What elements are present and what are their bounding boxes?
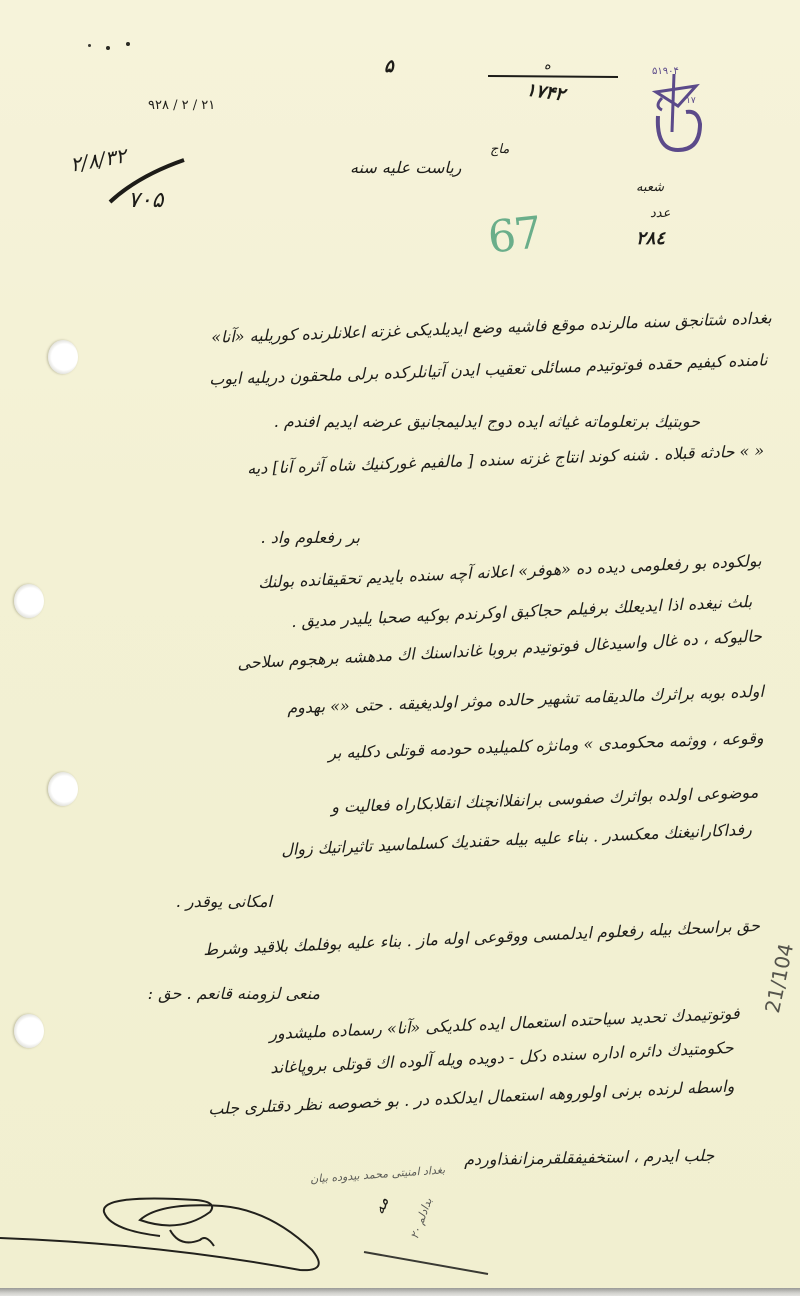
document-page: ۹۲۸ / ۲ / ۲۱ ۵ ه ۱۷۴۲ ۵۱۹۰۴ ۱۷ شعبه عدد …: [0, 0, 800, 1288]
body-line: « » حادثه قبلاه . شنه کوند انتاج غزته سن…: [247, 441, 765, 478]
ink-speck: [106, 46, 110, 50]
body-line: حکومتیدك دائره اداره سنده دکل - دویده وی…: [270, 1038, 734, 1077]
body-line: فوتوتیمدك تحدید سیاحتده استعمال ایده کلد…: [269, 1004, 740, 1044]
punch-hole: [48, 340, 78, 374]
closing-line: جلب ایدرم ، استخفیفقلقرمزانفذاوردم: [464, 1146, 715, 1169]
signature-icon: [0, 1190, 340, 1280]
registry-underline: [488, 74, 620, 80]
body-line: بولکوده بو رفعلومی دیده ده «هوفر» اعلانه…: [258, 551, 762, 592]
addressee-prefix: ماج: [490, 142, 509, 157]
annotation-number: ۷۰۵: [128, 188, 163, 213]
registry-number: ۱۷۴۲: [525, 79, 566, 105]
initials: مه: [369, 1194, 393, 1217]
addressee: ریاست علیه سنه: [350, 158, 461, 177]
body-line: رفداکارانیغنك معکسدر . بناء علیه بیله حق…: [281, 820, 752, 860]
registry-mark: ۵: [384, 56, 394, 77]
body-line: وقوعه ، ووثمه محکومدی » ومانژه کلمیلیده …: [328, 728, 764, 762]
reference-number: ۲۸٤: [636, 228, 665, 249]
body-line: حوبتیك برتعلوماته غیاثه ایده دوج ایدلیمج…: [274, 412, 700, 431]
registry-prefix: ه: [544, 58, 551, 73]
official-stamp: ۵۱۹۰۴ ۱۷: [648, 66, 704, 156]
seal-icon: [648, 66, 704, 156]
punch-hole: [48, 772, 78, 806]
initials-underline: [364, 1250, 494, 1280]
body-line: بر رفعلوم واد .: [261, 528, 360, 547]
pencil-note: بغداد امنیتی محمد بیدوده بیان: [310, 1163, 446, 1185]
reference-number-label: عدد: [650, 206, 670, 221]
punch-hole: [14, 1014, 44, 1048]
body-line: بغداده شتانجق سنه مالرنده موقع فاشیه وضع…: [211, 308, 772, 347]
pencil-note-2: بدادلم ۲۰: [408, 1196, 435, 1241]
body-line: امکانی یوقدر .: [176, 892, 272, 911]
reference-section: شعبه: [636, 180, 664, 195]
body-line: موضوعی اولده بواثرك صفوسی برانفلاانچنك ا…: [330, 783, 758, 817]
body-line: حالیوکه ، ده غال واسیدغال فوتوتیدم بروبا…: [237, 626, 762, 672]
ink-speck: [126, 42, 130, 46]
body-line: حق براسحك بیله رفعلوم ایدلمسی ووقوعی اول…: [203, 916, 760, 959]
folio-number: 67: [485, 207, 542, 263]
scan-edge: [0, 1288, 800, 1296]
body-line: واسطه لرنده برنی اولوروهه استعمال ایدلکد…: [207, 1077, 734, 1119]
punch-hole: [14, 584, 44, 618]
body-line: نامنده کیفیم حقده فوتوتیدم مسائلی تعقیب …: [209, 350, 768, 388]
date-line: ۹۲۸ / ۲ / ۲۱: [148, 98, 215, 113]
ink-speck: [88, 44, 91, 47]
stamp-numbers: ۵۱۹۰۴: [652, 66, 679, 77]
body-line: بلث نیغده اذا ایدیعلك برفیلم حجاکیق اوکر…: [290, 592, 752, 631]
stamp-side-numbers: ۱۷: [686, 96, 696, 106]
body-line: منعی لزومنه قانعم . حق :: [148, 984, 320, 1003]
body-line: اولده بوبه براثرك مالدیقامه تشهیر حالده …: [287, 682, 764, 718]
side-note: 21/104: [760, 941, 798, 1015]
